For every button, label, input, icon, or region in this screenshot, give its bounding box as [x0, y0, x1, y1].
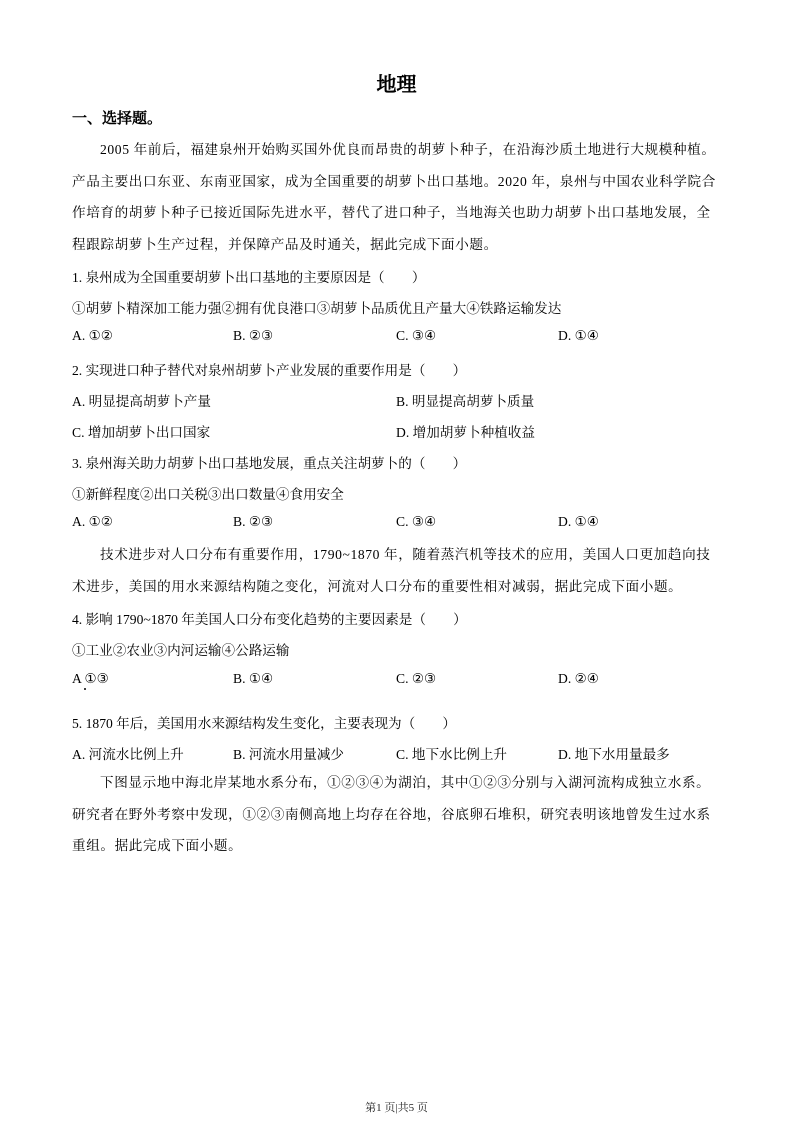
option-d[interactable]: D. ①④ [558, 328, 599, 344]
passage-3: 下图显示地中海北岸某地水系分布，①②③④为湖泊，其中①②③分别与入湖河流构成独立… [72, 767, 722, 862]
question-4-statements: ①工业②农业③内河运输④公路运输 [72, 639, 290, 659]
option-b[interactable]: B. ②③ [233, 328, 273, 344]
option-d[interactable]: D. ①④ [558, 514, 599, 530]
option-d[interactable]: D. ②④ [558, 671, 599, 687]
option-b[interactable]: B. ②③ [233, 514, 273, 530]
stray-dot [84, 688, 86, 690]
question-3-statements: ①新鲜程度②出口关税③出口数量④食用安全 [72, 483, 344, 503]
document-page: 地理 一、选择题。 2005 年前后，福建泉州开始购买国外优良而昂贵的胡萝卜种子… [0, 0, 793, 1122]
question-1-statements: ①胡萝卜精深加工能力强②拥有优良港口③胡萝卜品质优且产量大④铁路运输发达 [72, 297, 561, 317]
option-c[interactable]: C. 地下水比例上升 [396, 743, 507, 763]
question-5-stem: 5. 1870 年后，美国用水来源结构发生变化，主要表现为（ ） [72, 712, 456, 732]
option-c[interactable]: C. ③④ [396, 514, 436, 530]
question-1-stem: 1. 泉州成为全国重要胡萝卜出口基地的主要原因是（ ） [72, 266, 425, 286]
option-c[interactable]: C. ③④ [396, 328, 436, 344]
option-b[interactable]: B. 明显提高胡萝卜质量 [396, 390, 534, 410]
option-a[interactable]: A ①③ [72, 671, 109, 687]
option-a[interactable]: A. 河流水比例上升 [72, 743, 184, 763]
passage-3-text: 下图显示地中海北岸某地水系分布，①②③④为湖泊，其中①②③分别与入湖河流构成独立… [72, 775, 711, 853]
page-footer: 第1 页|共5 页 [0, 1099, 793, 1115]
option-d[interactable]: D. 地下水用量最多 [558, 743, 670, 763]
option-c[interactable]: C. 增加胡萝卜出口国家 [72, 421, 210, 441]
passage-1-text: 2005 年前后，福建泉州开始购买国外优良而昂贵的胡萝卜种子，在沿海沙质土地进行… [72, 142, 716, 252]
passage-2-text: 技术进步对人口分布有重要作用，1790~1870 年，随着蒸汽机等技术的应用，美… [72, 547, 711, 594]
passage-1: 2005 年前后，福建泉州开始购买国外优良而昂贵的胡萝卜种子，在沿海沙质土地进行… [72, 134, 722, 260]
option-b[interactable]: B. 河流水用量减少 [233, 743, 344, 763]
option-d[interactable]: D. 增加胡萝卜种植收益 [396, 421, 535, 441]
option-b[interactable]: B. ①④ [233, 671, 273, 687]
question-3-stem: 3. 泉州海关助力胡萝卜出口基地发展，重点关注胡萝卜的（ ） [72, 452, 466, 472]
passage-2: 技术进步对人口分布有重要作用，1790~1870 年，随着蒸汽机等技术的应用，美… [72, 539, 722, 602]
option-a[interactable]: A. 明显提高胡萝卜产量 [72, 390, 211, 410]
question-4-stem: 4. 影响 1790~1870 年美国人口分布变化趋势的主要因素是（ ） [72, 608, 467, 628]
option-c[interactable]: C. ②③ [396, 671, 436, 687]
question-2-stem: 2. 实现进口种子替代对泉州胡萝卜产业发展的重要作用是（ ） [72, 359, 466, 379]
option-a[interactable]: A. ①② [72, 328, 113, 344]
page-title: 地理 [0, 68, 793, 97]
section-heading: 一、选择题。 [72, 107, 162, 128]
option-a[interactable]: A. ①② [72, 514, 113, 530]
